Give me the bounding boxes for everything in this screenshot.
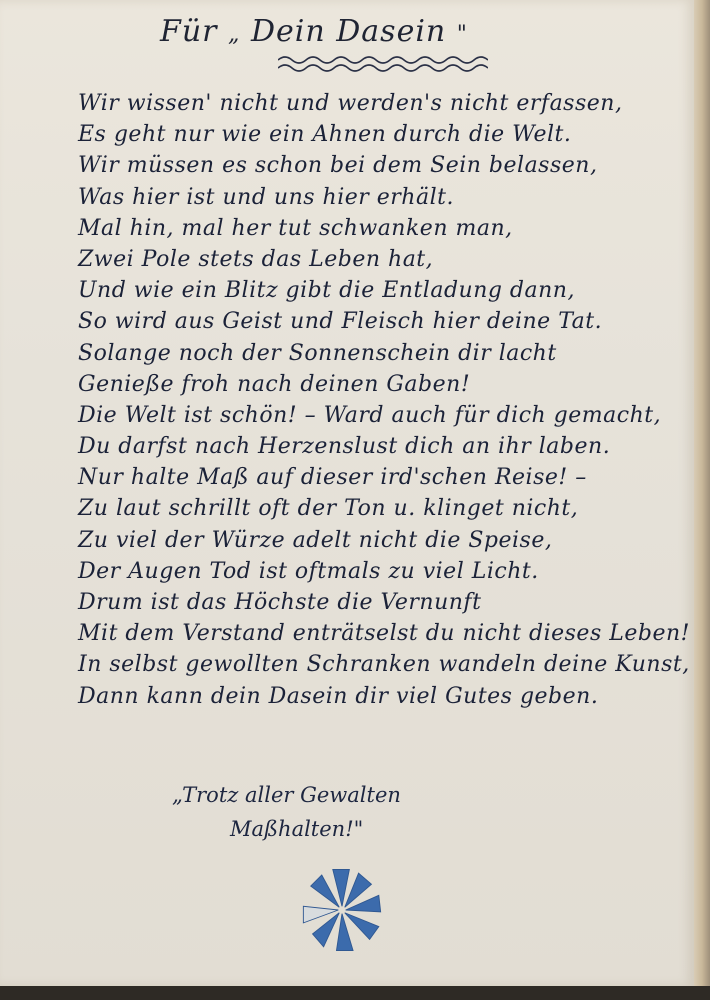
poem-line: Wir wissen' nicht und werden's nicht erf…	[78, 88, 698, 119]
poem-line: Dann kann dein Dasein dir viel Gutes geb…	[78, 681, 698, 712]
title-open-quote: „	[228, 22, 240, 47]
poem-line: Genieße froh nach deinen Gaben!	[78, 369, 698, 400]
page-title: Für „ Dein Dasein "	[160, 14, 520, 74]
wavy-underline-icon	[278, 54, 488, 74]
poem-line: Was hier ist und uns hier erhält.	[78, 182, 698, 213]
title-prefix: Für	[160, 14, 217, 49]
poem-line: Du darfst nach Herzenslust dich an ihr l…	[78, 431, 698, 462]
poem-line: Zu viel der Würze adelt nicht die Speise…	[78, 525, 698, 556]
poem-line: Zu laut schrillt oft der Ton u. klinget …	[78, 493, 698, 524]
poem-body: Wir wissen' nicht und werden's nicht erf…	[78, 88, 698, 712]
poem-line: Zwei Pole stets das Leben hat,	[78, 244, 698, 275]
motto: „Trotz aller Gewalten Maßhalten!"	[172, 778, 401, 846]
notebook-page: Für „ Dein Dasein " Wir wissen' nicht un…	[0, 0, 694, 986]
motto-line-2: Maßhalten!"	[172, 812, 401, 846]
poem-line: Wir müssen es schon bei dem Sein belasse…	[78, 150, 698, 181]
poem-line: Mal hin, mal her tut schwanken man,	[78, 213, 698, 244]
page-edge	[694, 0, 710, 1000]
book-bottom-edge	[0, 986, 710, 1000]
poem-line: Mit dem Verstand enträtselst du nicht di…	[78, 618, 698, 649]
title-close-quote: "	[457, 22, 468, 47]
poem-line: Und wie ein Blitz gibt die Entladung dan…	[78, 275, 698, 306]
poem-line: In selbst gewollten Schranken wandeln de…	[78, 649, 698, 680]
pinwheel-ornament-icon	[294, 864, 390, 956]
poem-line: Solange noch der Sonnenschein dir lacht	[78, 338, 698, 369]
poem-line: Nur halte Maß auf dieser ird'schen Reise…	[78, 462, 698, 493]
title-main: Dein Dasein	[251, 14, 446, 49]
motto-line-1: „Trotz aller Gewalten	[172, 778, 401, 812]
poem-line: Es geht nur wie ein Ahnen durch die Welt…	[78, 119, 698, 150]
poem-line: Der Augen Tod ist oftmals zu viel Licht.	[78, 556, 698, 587]
poem-line: Die Welt ist schön! – Ward auch für dich…	[78, 400, 698, 431]
poem-line: So wird aus Geist und Fleisch hier deine…	[78, 306, 698, 337]
poem-line: Drum ist das Höchste die Vernunft	[78, 587, 698, 618]
